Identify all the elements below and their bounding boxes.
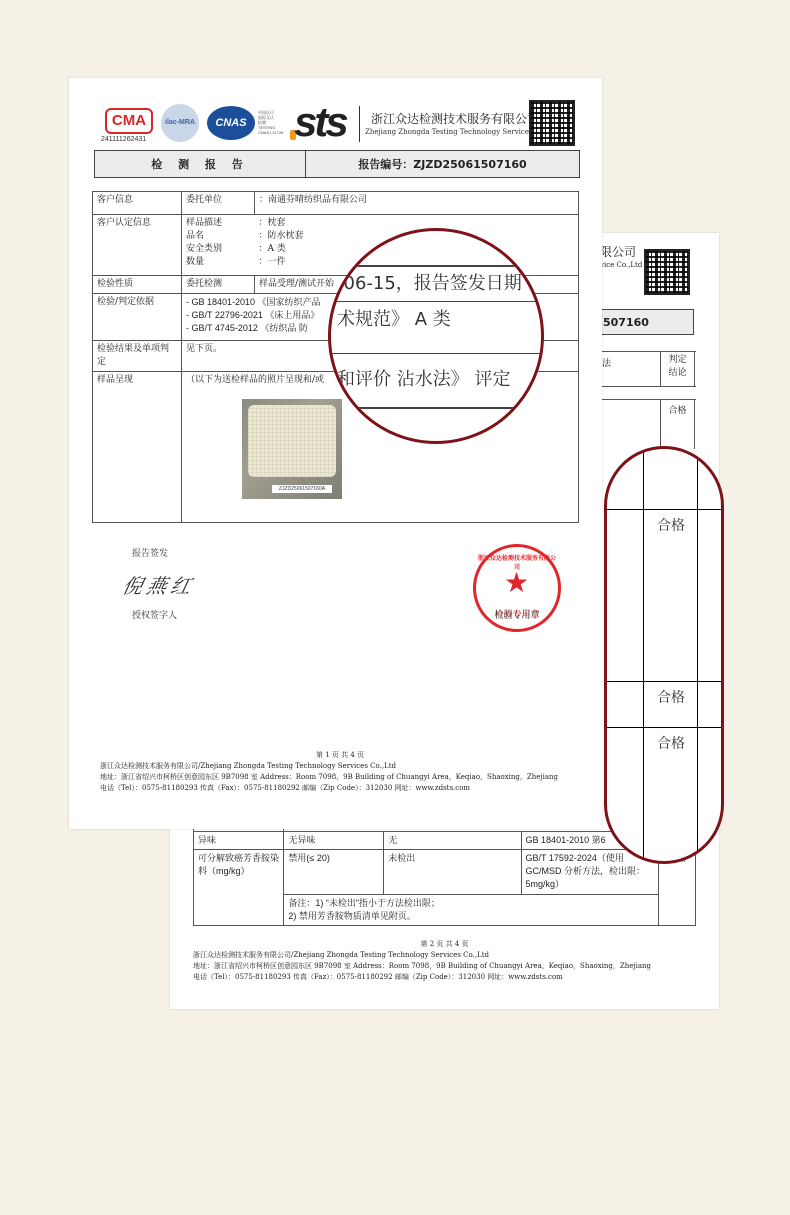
sts-logo: sts — [294, 98, 346, 146]
sample-label: ZJZD25061507160A — [272, 485, 332, 493]
page-number: 第 1 页 共 4 页 — [100, 750, 580, 761]
issued-label: 报告签发 — [132, 546, 168, 559]
company-name-cn: 浙江众达检测技术服务有限公司 — [371, 110, 539, 127]
star-icon: ★ — [504, 569, 529, 597]
company-name-cn-partial: 限公司 — [600, 243, 636, 260]
report-page-1: CMA 241111262431 ilac-MRA CNAS 中国认可 国际互认… — [69, 78, 602, 829]
page-footer-2: 第 2 页 共 4 页 浙江众达检测技术服务有限公司/Zhejiang Zhon… — [193, 939, 696, 983]
company-name-en-partial: vice Co.,Ltd — [600, 261, 642, 269]
signature: 倪燕红 — [120, 570, 198, 599]
method-header-partial: 法 — [602, 356, 611, 369]
qr-code-icon — [644, 249, 690, 295]
pillowcase-image — [248, 405, 336, 477]
sample-photo: ZJZD25061507160A — [242, 399, 342, 499]
verdict-pass: 合格 — [657, 733, 685, 753]
verdict-pass: 合格 — [657, 687, 685, 707]
cma-logo: CMA — [105, 108, 153, 134]
table-row: 客户信息 委托单位 ：南通芬晴纺织品有限公司 — [93, 192, 579, 215]
verdict-pass: 合格 — [657, 515, 685, 535]
report-number-partial: 507160 — [590, 309, 694, 335]
note-cell: 备注：1) “未检出”指小于方法检出限； 2) 禁用芳香胺物质清单见附页。 — [284, 895, 659, 926]
table-row: 可分解致癌芳香胺染料（mg/kg） 禁用(≤ 20) 未检出 GB/T 1759… — [194, 850, 696, 895]
stamp-caption: 检验专用章 — [473, 608, 561, 621]
cma-number: 241111262431 — [101, 136, 146, 143]
page-number: 第 2 页 共 4 页 — [193, 939, 696, 950]
report-number: 报告编号：ZJZD25061507160 — [306, 151, 579, 177]
magnifier-highlight: -06-15，报告签发日期 术规范》 A 类 和评价 沾水法》 评定 — [328, 228, 544, 444]
report-title: 检 测 报 告 — [95, 151, 306, 177]
title-bar: 检 测 报 告 报告编号：ZJZD25061507160 — [94, 150, 580, 178]
verdict-highlight: 合格 合格 合格 — [604, 446, 724, 864]
verdict-cell-top: 合格 — [660, 399, 695, 449]
authorized-signatory-label: 授权签字人 — [132, 608, 177, 621]
qr-code-icon — [529, 100, 575, 146]
page-footer-1: 第 1 页 共 4 页 浙江众达检测技术服务有限公司/Zhejiang Zhon… — [100, 750, 580, 794]
ilac-logo: ilac-MRA — [161, 104, 199, 142]
cnas-logo: CNAS — [207, 106, 255, 140]
header-logos: CMA 241111262431 ilac-MRA CNAS 中国认可 国际互认… — [101, 100, 581, 150]
verdict-header: 判定 结论 — [660, 351, 695, 386]
cnas-text: 中国认可 国际互认 检测 TESTING CNAS L11726 — [258, 110, 283, 135]
